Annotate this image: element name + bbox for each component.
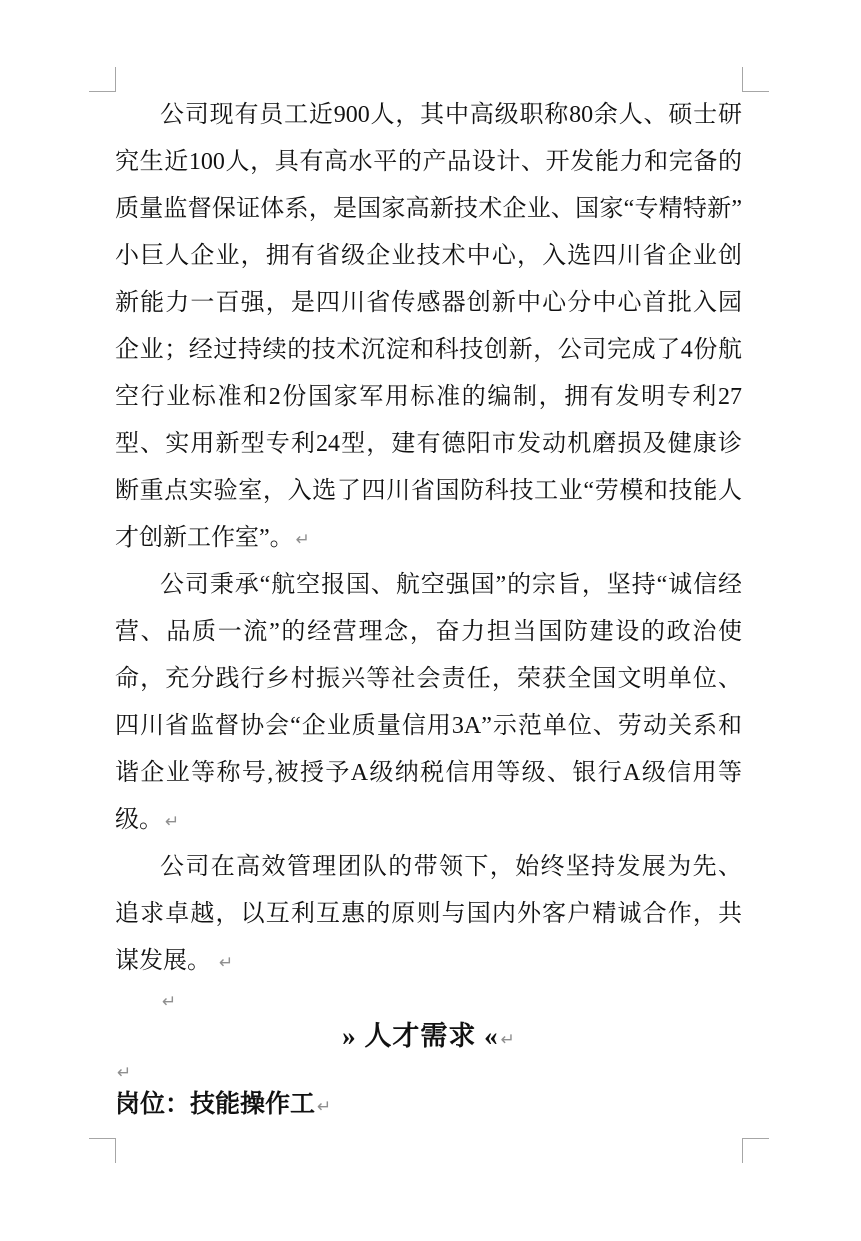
text-boundary-mark-bottom-left-icon bbox=[89, 1138, 116, 1163]
para1-line2[interactable]: 究生近100人，具有高水平的产品设计、开发能力和完备的 bbox=[115, 139, 742, 186]
para1-line5[interactable]: 新能力一百强，是四川省传感器创新中心分中心首批入园 bbox=[115, 280, 742, 327]
line-text: 空行业标准和2份国家军用标准的编制，拥有发明专利27 bbox=[115, 384, 742, 410]
line-text: 公司在高效管理团队的带领下，始终坚持发展为先、 bbox=[160, 854, 742, 880]
para2-line5[interactable]: 谐企业等称号,被授予A级纳税信用等级、银行A级信用等 bbox=[115, 750, 742, 797]
text-boundary-mark-top-left-icon bbox=[89, 67, 116, 92]
line-text: 型、实用新型专利24型，建有德阳市发动机磨损及健康诊 bbox=[115, 431, 742, 457]
line-text: 企业；经过持续的技术沉淀和科技创新，公司完成了4份航 bbox=[115, 337, 742, 363]
para3-line3[interactable]: 谋发展。 ↵ bbox=[115, 938, 742, 985]
para2-line2[interactable]: 营、品质一流”的经营理念，奋力担当国防建设的政治使 bbox=[115, 609, 742, 656]
empty-line[interactable]: ↵ bbox=[115, 1057, 742, 1085]
line-text: 断重点实验室，入选了四川省国防科技工业“劳模和技能人 bbox=[115, 478, 742, 504]
para3-line1[interactable]: 公司在高效管理团队的带领下，始终坚持发展为先、 bbox=[115, 844, 742, 891]
para1-line3[interactable]: 质量监督保证体系，是国家高新技术企业、国家“专精特新” bbox=[115, 186, 742, 233]
paragraph-mark-icon: ↵ bbox=[163, 812, 179, 832]
text-boundary-mark-bottom-right-icon bbox=[742, 1138, 769, 1163]
document-text-column[interactable]: 公司现有员工近900人，其中高级职称80余人、硕士研究生近100人，具有高水平的… bbox=[115, 92, 742, 1125]
line-text: 谐企业等称号,被授予A级纳税信用等级、银行A级信用等 bbox=[115, 760, 742, 786]
para1-line8[interactable]: 型、实用新型专利24型，建有德阳市发动机磨损及健康诊 bbox=[115, 421, 742, 468]
line-text: 小巨人企业，拥有省级企业技术中心，入选四川省企业创 bbox=[115, 243, 742, 269]
paragraph-mark-icon: ↵ bbox=[294, 530, 310, 550]
section-heading-talent-demand[interactable]: » 人才需求 «↵ bbox=[115, 1015, 742, 1057]
document-page[interactable]: 公司现有员工近900人，其中高级职称80余人、硕士研究生近100人，具有高水平的… bbox=[0, 0, 861, 1241]
para3-line2[interactable]: 追求卓越，以互利互惠的原则与国内外客户精诚合作，共 bbox=[115, 891, 742, 938]
para1-line7[interactable]: 空行业标准和2份国家军用标准的编制，拥有发明专利27 bbox=[115, 374, 742, 421]
text-boundary-mark-top-right-icon bbox=[742, 67, 769, 92]
line-text: 谋发展。 bbox=[115, 948, 217, 974]
line-text: 四川省监督协会“企业质量信用3A”示范单位、劳动关系和 bbox=[115, 713, 742, 739]
para1-line9[interactable]: 断重点实验室，入选了四川省国防科技工业“劳模和技能人 bbox=[115, 468, 742, 515]
paragraph-mark-icon: ↵ bbox=[160, 992, 176, 1012]
line-text: » 人才需求 « bbox=[342, 1021, 499, 1051]
line-text: 命，充分践行乡村振兴等社会责任，荣获全国文明单位、 bbox=[115, 666, 742, 692]
paragraph-mark-icon: ↵ bbox=[499, 1030, 515, 1050]
job-position-line[interactable]: 岗位：技能操作工↵ bbox=[115, 1085, 742, 1125]
paragraph-mark-icon: ↵ bbox=[115, 1063, 131, 1083]
paragraph-mark-icon: ↵ bbox=[315, 1097, 331, 1117]
line-text: 营、品质一流”的经营理念，奋力担当国防建设的政治使 bbox=[115, 619, 742, 645]
para1-line6[interactable]: 企业；经过持续的技术沉淀和科技创新，公司完成了4份航 bbox=[115, 327, 742, 374]
line-text: 公司现有员工近900人，其中高级职称80余人、硕士研 bbox=[160, 102, 742, 128]
para2-line4[interactable]: 四川省监督协会“企业质量信用3A”示范单位、劳动关系和 bbox=[115, 703, 742, 750]
line-text: 新能力一百强，是四川省传感器创新中心分中心首批入园 bbox=[115, 290, 742, 316]
line-text: 岗位：技能操作工 bbox=[115, 1091, 315, 1118]
paragraph-mark-icon: ↵ bbox=[217, 953, 233, 973]
para1-line10[interactable]: 才创新工作室”。↵ bbox=[115, 515, 742, 562]
line-text: 究生近100人，具有高水平的产品设计、开发能力和完备的 bbox=[115, 149, 742, 175]
para2-line3[interactable]: 命，充分践行乡村振兴等社会责任，荣获全国文明单位、 bbox=[115, 656, 742, 703]
para2-line1[interactable]: 公司秉承“航空报国、航空强国”的宗旨，坚持“诚信经 bbox=[115, 562, 742, 609]
line-text: 质量监督保证体系，是国家高新技术企业、国家“专精特新” bbox=[115, 196, 742, 222]
para1-line4[interactable]: 小巨人企业，拥有省级企业技术中心，入选四川省企业创 bbox=[115, 233, 742, 280]
line-text: 才创新工作室”。 bbox=[115, 525, 294, 551]
para2-line6[interactable]: 级。↵ bbox=[115, 797, 742, 844]
line-text: 级。 bbox=[115, 807, 163, 833]
line-text: 公司秉承“航空报国、航空强国”的宗旨，坚持“诚信经 bbox=[160, 572, 742, 598]
para1-line1[interactable]: 公司现有员工近900人，其中高级职称80余人、硕士研 bbox=[115, 92, 742, 139]
empty-line-indented[interactable]: ↵ bbox=[115, 985, 742, 1015]
line-text: 追求卓越，以互利互惠的原则与国内外客户精诚合作，共 bbox=[115, 901, 742, 927]
